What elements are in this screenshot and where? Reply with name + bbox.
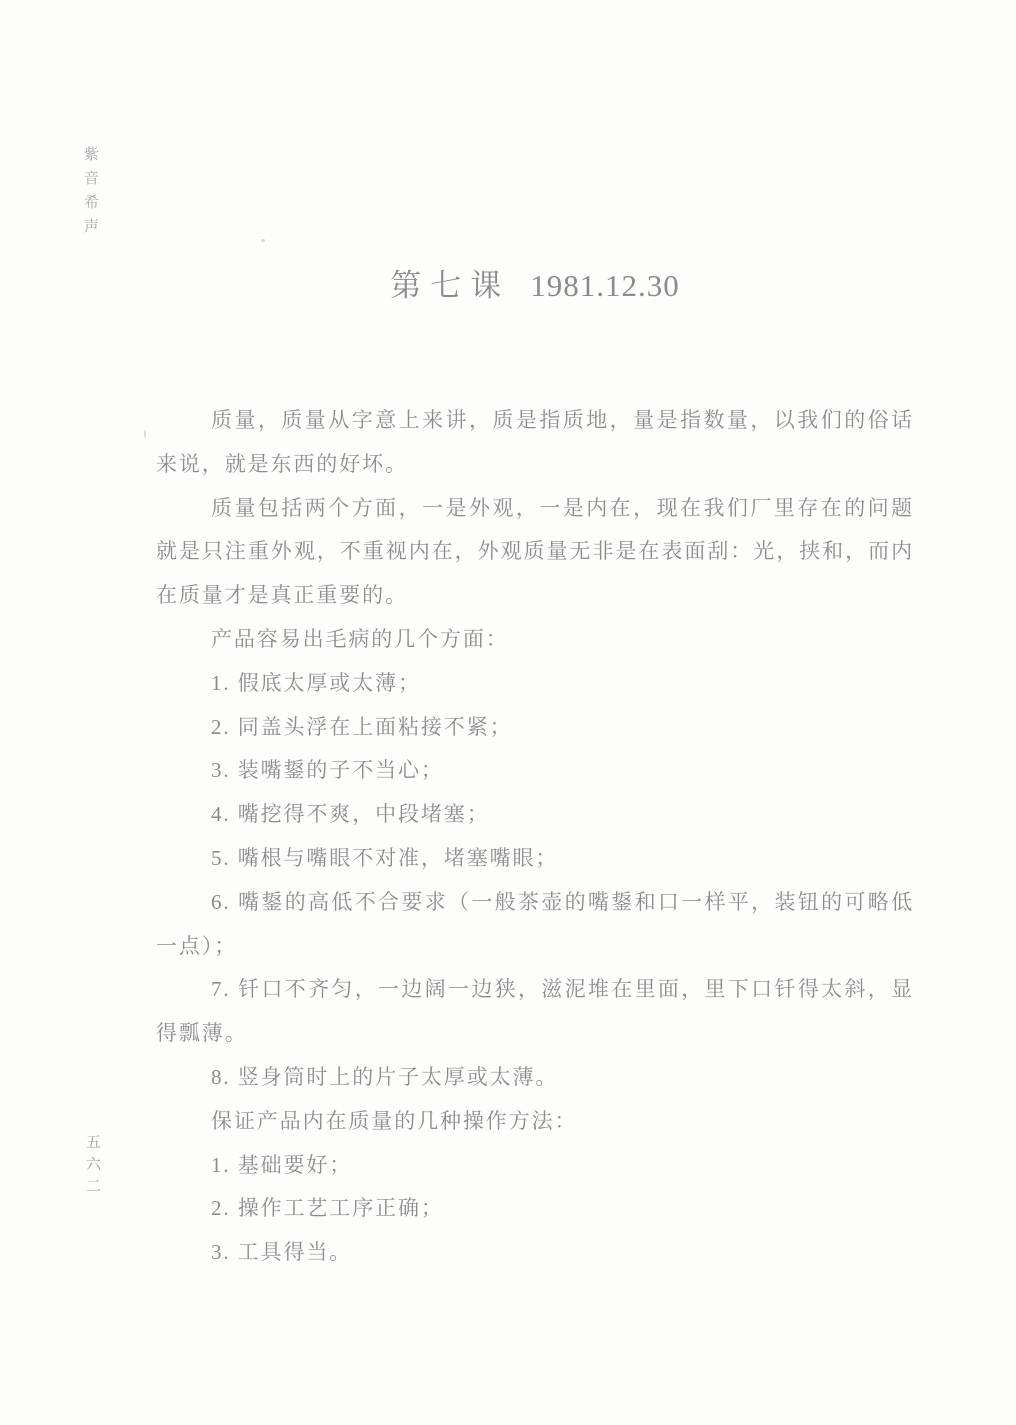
list-item: 6. 嘴鋬的高低不合要求（一般茶壶的嘴鋬和口一样平，装钮的可略低一点）； xyxy=(156,881,914,969)
heading-line: 产品容易出毛病的几个方面： xyxy=(156,618,914,662)
page-number-vertical: 五六二 xyxy=(82,1134,103,1200)
list-item: 1. 假底太厚或太薄； xyxy=(156,662,914,706)
page-title: 第七课1981.12.30 xyxy=(156,260,914,305)
list-item: 7. 钎口不齐匀，一边阔一边狭，滋泥堆在里面，里下口钎得太斜，显得瓢薄。 xyxy=(156,968,914,1056)
heading-line: 保证产品内在质量的几种操作方法： xyxy=(156,1100,914,1144)
scan-artifact xyxy=(261,239,265,242)
paragraph: 质量包括两个方面，一是外观，一是内在，现在我们厂里存在的问题就是只注重外观，不重… xyxy=(156,487,914,618)
margin-label-vertical: 紫音希声 xyxy=(80,146,101,242)
lesson-number: 第七课 xyxy=(390,268,510,303)
list-item: 8. 竖身筒时上的片子太厚或太薄。 xyxy=(156,1056,914,1100)
paragraph: 质量，质量从字意上来讲，质是指质地，量是指数量，以我们的俗话来说，就是东西的好坏… xyxy=(156,399,914,487)
list-item: 1. 基础要好； xyxy=(156,1144,914,1188)
list-item: 2. 操作工艺工序正确； xyxy=(156,1187,914,1231)
lesson-date: 1981.12.30 xyxy=(530,268,680,303)
body-text-block: 质量，质量从字意上来讲，质是指质地，量是指数量，以我们的俗话来说，就是东西的好坏… xyxy=(156,399,914,1275)
list-item: 3. 工具得当。 xyxy=(156,1231,914,1275)
scanned-book-page: 紫音希声 五六二 第七课1981.12.30 质量，质量从字意上来讲，质是指质地… xyxy=(0,0,1016,1425)
list-item: 4. 嘴挖得不爽，中段堵塞； xyxy=(156,793,914,837)
list-item: 3. 装嘴鋬的子不当心； xyxy=(156,749,914,793)
scan-artifact xyxy=(144,430,146,438)
list-item: 2. 同盖头浮在上面粘接不紧； xyxy=(156,706,914,750)
list-item: 5. 嘴根与嘴眼不对准，堵塞嘴眼； xyxy=(156,837,914,881)
